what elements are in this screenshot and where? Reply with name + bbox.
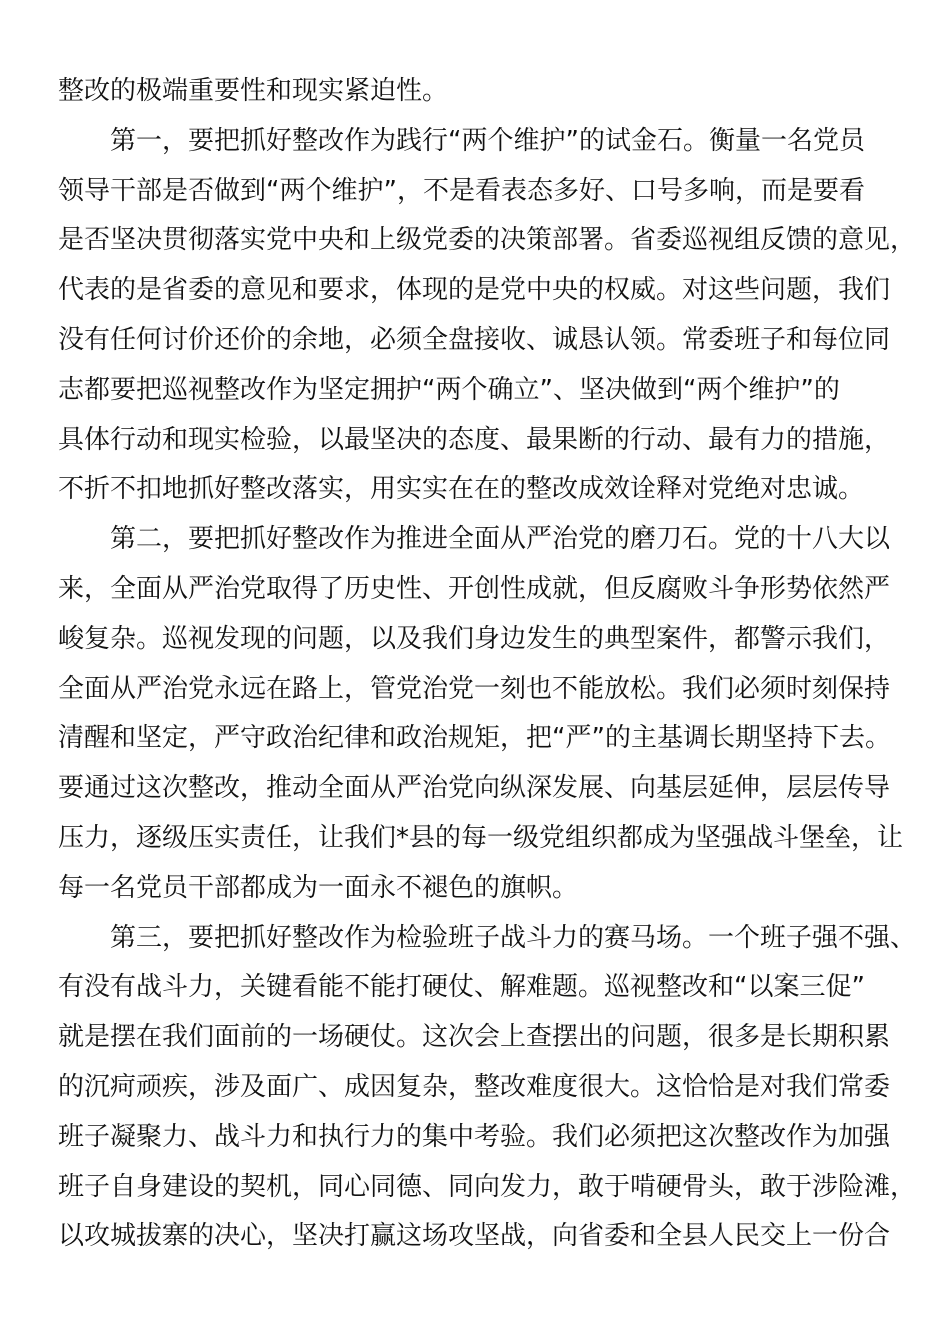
text-line: 志都要把巡视整改作为坚定拥护“两个确立”、坚决做到“两个维护”的 xyxy=(58,366,898,416)
text-line: 每一名党员干部都成为一面永不褪色的旗帜。 xyxy=(58,864,898,914)
text-line: 就是摆在我们面前的一场硬仗。这次会上查摆出的问题，很多是长期积累 xyxy=(58,1013,898,1063)
text-line: 全面从严治党永远在路上，管党治党一刻也不能放松。我们必须时刻保持 xyxy=(58,665,898,715)
text-line: 领导干部是否做到“两个维护”，不是看表态多好、口号多响，而是要看 xyxy=(58,167,898,217)
text-line: 清醒和坚定，严守政治纪律和政治规矩，把“严”的主基调长期坚持下去。 xyxy=(58,714,898,764)
text-line: 具体行动和现实检验，以最坚决的态度、最果断的行动、最有力的措施， xyxy=(58,416,898,466)
text-line: 来，全面从严治党取得了历史性、开创性成就，但反腐败斗争形势依然严 xyxy=(58,565,898,615)
text-line: 压力，逐级压实责任，让我们*县的每一级党组织都成为坚强战斗堡垒，让 xyxy=(58,814,898,864)
text-line: 代表的是省委的意见和要求，体现的是党中央的权威。对这些问题，我们 xyxy=(58,266,898,316)
text-line: 第三，要把抓好整改作为检验班子战斗力的赛马场。一个班子强不强、 xyxy=(58,914,898,964)
text-line: 班子自身建设的契机，同心同德、同向发力，敢于啃硬骨头，敢于涉险滩， xyxy=(58,1163,898,1213)
text-line: 整改的极端重要性和现实紧迫性。 xyxy=(58,67,898,117)
text-line: 是否坚决贯彻落实党中央和上级党委的决策部署。省委巡视组反馈的意见， xyxy=(58,216,898,266)
text-line: 第一，要把抓好整改作为践行“两个维护”的试金石。衡量一名党员 xyxy=(58,117,898,167)
document-page: 整改的极端重要性和现实紧迫性。 第一，要把抓好整改作为践行“两个维护”的试金石。… xyxy=(0,0,950,1344)
text-line: 有没有战斗力，关键看能不能打硬仗、解难题。巡视整改和“以案三促” xyxy=(58,963,898,1013)
text-line: 没有任何讨价还价的余地，必须全盘接收、诚恳认领。常委班子和每位同 xyxy=(58,316,898,366)
text-line: 不折不扣地抓好整改落实，用实实在在的整改成效诠释对党绝对忠诚。 xyxy=(58,465,898,515)
text-line: 第二，要把抓好整改作为推进全面从严治党的磨刀石。党的十八大以 xyxy=(58,515,898,565)
text-line: 班子凝聚力、战斗力和执行力的集中考验。我们必须把这次整改作为加强 xyxy=(58,1113,898,1163)
text-line: 的沉疴顽疾，涉及面广、成因复杂，整改难度很大。这恰恰是对我们常委 xyxy=(58,1063,898,1113)
text-line: 要通过这次整改，推动全面从严治党向纵深发展、向基层延伸，层层传导 xyxy=(58,764,898,814)
document-body: 整改的极端重要性和现实紧迫性。 第一，要把抓好整改作为践行“两个维护”的试金石。… xyxy=(58,67,898,1262)
text-line: 以攻城拔寨的决心，坚决打赢这场攻坚战，向省委和全县人民交上一份合 xyxy=(58,1212,898,1262)
text-line: 峻复杂。巡视发现的问题，以及我们身边发生的典型案件，都警示我们， xyxy=(58,615,898,665)
